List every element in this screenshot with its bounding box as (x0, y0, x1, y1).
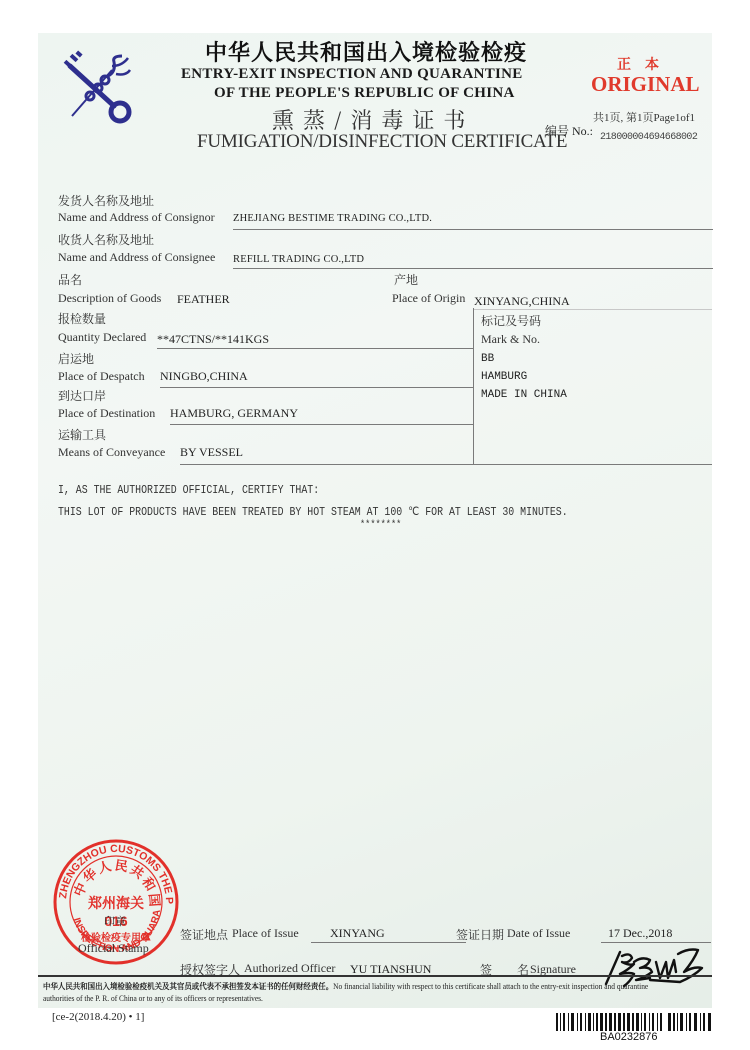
consignee-label-cn: 收货人名称及地址 (58, 231, 154, 248)
quantity-underline (157, 348, 473, 349)
barcode (556, 1013, 714, 1031)
consignor-underline (233, 229, 713, 230)
place-of-issue-value: XINYANG (330, 926, 385, 941)
certificate-number: 218000004694668002 (600, 132, 697, 143)
conveyance-label-cn: 运输工具 (58, 426, 106, 443)
origin-label-en: Place of Origin (392, 291, 465, 306)
quantity-label-en: Quantity Declared (58, 330, 146, 345)
barcode-number: BA0232876 (600, 1031, 658, 1043)
goods-label-en: Description of Goods (58, 291, 161, 306)
marks-line-1: BB (481, 353, 494, 365)
consignor-label-cn: 发货人名称及地址 (58, 192, 154, 209)
certificate-title-en: FUMIGATION/DISINFECTION CERTIFICATE (197, 131, 567, 153)
goods-value: FEATHER (177, 292, 230, 307)
authority-title-en-line1: ENTRY-EXIT INSPECTION AND QUARANTINE (181, 66, 523, 83)
origin-underline (474, 309, 712, 310)
certification-line-2: THIS LOT OF PRODUCTS HAVE BEEN TREATED B… (58, 504, 568, 519)
consignee-underline (233, 268, 713, 269)
certification-end-mark: ******** (360, 520, 401, 531)
form-code: [ce-2(2018.4.20) • 1] (52, 1011, 144, 1023)
certification-line-1: I, AS THE AUTHORIZED OFFICIAL, CERTIFY T… (58, 484, 319, 497)
consignee-value: REFILL TRADING CO.,LTD (233, 254, 364, 265)
disclaimer-rule (38, 975, 712, 977)
conveyance-label-en: Means of Conveyance (58, 445, 165, 460)
marks-line-2: HAMBURG (481, 371, 527, 383)
goods-label-cn: 品名 (58, 271, 82, 288)
disclaimer-cn: 中华人民共和国出入境检验检疫机关及其官员或代表不承担签发本证书的任何财经责任。 (43, 982, 333, 991)
stamp-label-cn: 印章 (104, 913, 126, 929)
ciq-emblem-icon (52, 40, 142, 130)
disclaimer-line-1: 中华人民共和国出入境检验检疫机关及其官员或代表不承担签发本证书的任何财经责任。N… (43, 981, 648, 992)
conveyance-value: BY VESSEL (180, 445, 243, 460)
origin-value: XINYANG,CHINA (474, 294, 570, 309)
marks-label-cn: 标记及号码 (481, 312, 541, 329)
date-of-issue-label-cn: 签证日期 (456, 926, 504, 943)
despatch-underline (160, 387, 473, 388)
stamp-label-en: Official Stamp (78, 941, 149, 956)
disclaimer-en-part2: authorities of the P. R. of China or to … (43, 994, 263, 1003)
conveyance-underline (180, 464, 712, 465)
svg-text:郑州海关: 郑州海关 (87, 895, 144, 912)
authorized-officer-label-en: Authorized Officer (244, 961, 335, 976)
date-of-issue-value: 17 Dec.,2018 (608, 926, 672, 941)
place-of-issue-label-cn: 签证地点 (180, 926, 228, 943)
quantity-value: **47CTNS/**141KGS (157, 332, 269, 347)
destination-underline (170, 424, 473, 425)
original-mark-en: ORIGINAL (591, 72, 700, 97)
marks-line-3: MADE IN CHINA (481, 389, 567, 401)
consignor-label-en: Name and Address of Consignor (58, 210, 215, 225)
destination-value: HAMBURG, GERMANY (170, 406, 298, 421)
despatch-label-cn: 启运地 (58, 350, 94, 367)
authority-title-en-line2: OF THE PEOPLE'S REPUBLIC OF CHINA (214, 85, 515, 102)
authority-title-cn: 中华人民共和国出入境检验检疫 (205, 36, 527, 67)
place-of-issue-label-en: Place of Issue (232, 926, 299, 941)
place-of-issue-underline (311, 942, 466, 943)
origin-label-cn: 产地 (394, 271, 418, 288)
consignee-label-en: Name and Address of Consignee (58, 250, 215, 265)
marks-divider (473, 308, 474, 465)
quantity-label-cn: 报检数量 (58, 310, 106, 327)
destination-label-cn: 到达口岸 (58, 387, 106, 404)
certificate-number-label: 编号 No.: (545, 122, 593, 139)
date-of-issue-label-en: Date of Issue (507, 926, 570, 941)
destination-label-en: Place of Destination (58, 406, 155, 421)
page-info: 共1页, 第1页Page1of1 (593, 109, 695, 125)
disclaimer-en-part1: No financial liability with respect to t… (333, 982, 648, 991)
despatch-label-en: Place of Despatch (58, 369, 145, 384)
despatch-value: NINGBO,CHINA (160, 369, 248, 384)
consignor-value: ZHEJIANG BESTIME TRADING CO.,LTD. (233, 213, 432, 224)
marks-label-en: Mark & No. (481, 332, 540, 347)
original-mark-cn: 正本 (617, 54, 673, 74)
